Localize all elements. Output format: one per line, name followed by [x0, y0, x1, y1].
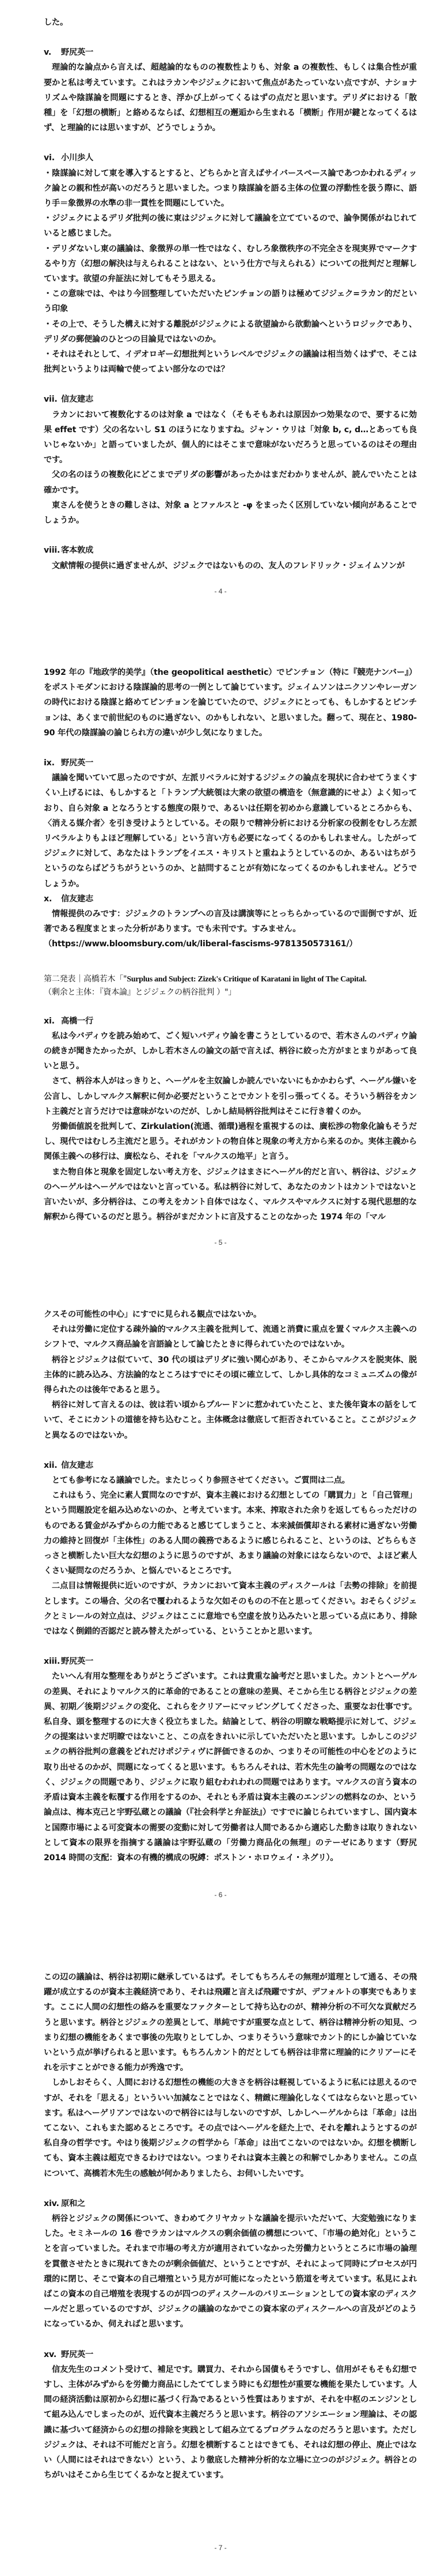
comment-xv: xv.野尻英一 信友先生のコメント受けて、補足です。購買力、それから国債もそうで…: [44, 2347, 417, 2483]
comment-paragraph: 議論を聞いていて思ったのですが、左派リベラルに対するジジェクの論点を現状に合わせ…: [44, 770, 417, 892]
comment-paragraph: さて、柄谷本人がはっきりと、ヘーゲルを主奴論しか読んでいないにもかかわらず、ヘー…: [44, 1074, 417, 1119]
commenter-name: 信友建志: [61, 1461, 93, 1470]
page-4: した。 v.野尻英一 理論的な論点から言えば、超越論的なものの複数性よりも、対象…: [0, 0, 441, 599]
comment-paragraph: 柄谷に対して言えるのは、彼は若い頃からプルードンに惹かれていたこと、また後年資本…: [44, 1397, 417, 1443]
comment-heading: xv.野尻英一: [44, 2347, 417, 2362]
comment-number: vi.: [44, 150, 61, 165]
comment-heading: x.信友建志: [44, 892, 417, 906]
comment-paragraph: 柄谷とジジェクの関係について、きわめてクリヤカットな議論を提示いただいて、大変勉…: [44, 2211, 417, 2332]
comment-number: x.: [44, 892, 61, 906]
commenter-name: 野尻英一: [61, 1657, 93, 1666]
page-5-body: 1992 年の『地政学的美学』（the geopolitical aesthet…: [44, 665, 417, 1225]
commenter-name: 原和之: [61, 2199, 85, 2208]
continuation-text: クスその可能性の中心」にすでに見られる観点ではないか。: [44, 1307, 417, 1322]
comment-heading: xiv.原和之: [44, 2196, 417, 2211]
comment-paragraph: 信友先生のコメント受けて、補足です。購買力、それから国債もそうですし、信用がそも…: [44, 2362, 417, 2483]
comment-heading: xii.信友建志: [44, 1458, 417, 1473]
session-title-japanese: （剰余と主体：『資本論』とジジェクの柄谷批判 ）"」: [44, 986, 417, 999]
page-5: 1992 年の『地政学的美学』（the geopolitical aesthet…: [0, 651, 441, 1251]
continuation-text: 1992 年の『地政学的美学』（the geopolitical aesthet…: [44, 665, 417, 741]
commenter-name: 客本敦成: [61, 546, 93, 555]
session-prefix: 第二発表｜高橋若木「": [44, 975, 127, 984]
commenter-name: 信友建志: [61, 395, 93, 404]
bullet-point: ・この意味では、やはり今回整理していただいたピンチョンの語りは極めてジジェク=ラ…: [44, 286, 417, 316]
comment-viii: viii.客本敦成 文献情報の提供に過ぎませんが、ジジェクではないものの、友人の…: [44, 543, 417, 573]
comment-paragraph: 柄谷とジジェクは似ていて、30 代の頃はデリダに強い関心があり、そこからマルクス…: [44, 1353, 417, 1398]
commenter-name: 信友建志: [61, 894, 93, 904]
page-7-body: この辺の議論は、柄谷は初期に継承しているはず。そしてもちろんその無理が道理として…: [44, 1970, 417, 2483]
comment-paragraph: 情報提供のみです：ジジェクのトランプへの言及は講演等にとっちらかっているので面倒…: [44, 906, 417, 936]
commenter-name: 野尻英一: [61, 2350, 93, 2359]
reference-url[interactable]: （https://www.bloomsbury.com/uk/liberal-f…: [44, 936, 417, 951]
comment-heading: xiii.野尻英一: [44, 1654, 417, 1669]
comment-paragraph: また物自体と現象を固定しない考え方を、ジジェクはまさにヘーゲル的だと言い、柄谷は…: [44, 1165, 417, 1225]
page-number: - 5 -: [0, 1238, 441, 1247]
comment-number: vii.: [44, 392, 61, 407]
comment-number: xii.: [44, 1458, 61, 1473]
comment-vi: vi.小川歩人 ・陰謀論に対して東を導入するとすると、どちらかと言えばサイバース…: [44, 150, 417, 377]
comment-number: v.: [44, 45, 61, 60]
comment-heading: ix.野尻英一: [44, 756, 417, 770]
comment-number: xv.: [44, 2347, 61, 2362]
commenter-name: 野尻英一: [61, 48, 93, 57]
comment-paragraph: 文献情報の提供に過ぎませんが、ジジェクではないものの、友人のフレドリック・ジェイ…: [44, 558, 417, 573]
comment-paragraph: 東さんを使うときの難しさは、対象 a とファルスと -φ をまったく区別していな…: [44, 498, 417, 528]
page-number: - 6 -: [0, 1891, 441, 1899]
comment-heading: vii.信友建志: [44, 392, 417, 407]
comment-heading: vi.小川歩人: [44, 150, 417, 165]
comment-vii: vii.信友建志 ラカンにおいて複数化するのは対象 a ではなく（そもそもあれは…: [44, 392, 417, 528]
comment-paragraph: とても参考になる議論でした。またじっくり参照させてください。ご質問は二点。: [44, 1473, 417, 1488]
page-6-body: クスその可能性の中心」にすでに見られる観点ではないか。 それは労働に定位する疎外…: [44, 1307, 417, 1865]
comment-paragraph: 労働価値説を批判して、Zirkulation(流通、循環)過程を重視するのは、廣…: [44, 1119, 417, 1165]
continuation-text: した。: [44, 15, 417, 30]
comment-number: viii.: [44, 543, 61, 558]
continuation-text: この辺の議論は、柄谷は初期に継承しているはず。そしてもちろんその無理が道理として…: [44, 1970, 417, 2075]
comment-paragraph: たいへん有用な整理をありがとうございます。これは貴重な論考だと思いました。カント…: [44, 1669, 417, 1865]
commenter-name: 小川歩人: [61, 153, 93, 163]
comment-number: xi.: [44, 1014, 61, 1029]
comment-v: v.野尻英一 理論的な論点から言えば、超越論的なものの複数性よりも、対象 a の…: [44, 45, 417, 135]
comment-paragraph: 私は今バディウを読み始めて、ごく短いバディウ論を書こうとしているので、若木さんの…: [44, 1029, 417, 1074]
bullet-point: ・ジジェクによるデリダ批判の後に東はジジェクに対して議論を立てているので、論争関…: [44, 211, 417, 241]
bullet-point: ・その上で、そうした構えに対する離脱がジジェクによる欲望論から欲動論へというロジ…: [44, 317, 417, 347]
page-4-body: した。 v.野尻英一 理論的な論点から言えば、超越論的なものの複数性よりも、対象…: [44, 15, 417, 573]
comment-paragraph: それは労働に定位する疎外論的マルクス主義を批判して、流通と消費に重点を置くマルク…: [44, 1322, 417, 1352]
comment-heading: v.野尻英一: [44, 45, 417, 60]
comment-ix: ix.野尻英一 議論を聞いていて思ったのですが、左派リベラルに対するジジェクの論…: [44, 756, 417, 892]
comment-number: xiv.: [44, 2196, 61, 2211]
comment-paragraph: 父の名のほうの複数化にどこまでデリダの影響があったかはまだわかりませんが、読んで…: [44, 467, 417, 497]
bullet-point: ・それはそれとして、イデオロギー幻想批判というレベルでジジェクの議論は相当効くは…: [44, 347, 417, 377]
comment-xi: xi.高橋一行 私は今バディウを読み始めて、ごく短いバディウ論を書こうとしている…: [44, 1014, 417, 1225]
comment-x: x.信友建志 情報提供のみです：ジジェクのトランプへの言及は講演等にとっちらかっ…: [44, 892, 417, 952]
comment-number: ix.: [44, 756, 61, 770]
bullet-point: ・デリダないし東の議論は、象徴界の単一性ではなく、むしろ象徴秩序の不完全さを現実…: [44, 241, 417, 287]
comment-heading: viii.客本敦成: [44, 543, 417, 558]
page-number: - 7 -: [0, 2544, 441, 2552]
comment-paragraph: これはもう、完全に素人質問なのですが、資本主義における幻想としての「購買力」と「…: [44, 1488, 417, 1578]
comment-paragraph: しかしおそらく、人間における幻想性の機能の大きさを柄谷は軽視しているように私には…: [44, 2075, 417, 2181]
session-title: 第二発表｜高橋若木「"Surplus and Subject: Zizek's …: [44, 973, 417, 999]
comment-xiv: xiv.原和之 柄谷とジジェクの関係について、きわめてクリヤカットな議論を提示い…: [44, 2196, 417, 2332]
comment-paragraph: ラカンにおいて複数化するのは対象 a ではなく（そもそもあれは原因かつ効果なので…: [44, 407, 417, 468]
session-heading: 第二発表｜高橋若木「"Surplus and Subject: Zizek's …: [44, 973, 417, 986]
commenter-name: 野尻英一: [61, 758, 93, 768]
comment-paragraph: 理論的な論点から言えば、超越論的なものの複数性よりも、対象 a の複数性、もしく…: [44, 60, 417, 135]
comment-paragraph: 二点目は情報提供に近いのですが、ラカンにおいて資本主義のディスクールは「去勢の排…: [44, 1578, 417, 1639]
page-number: - 4 -: [0, 587, 441, 595]
session-title-english: Surplus and Subject: Zizek's Critique of…: [127, 975, 366, 984]
page-7: この辺の議論は、柄谷は初期に継承しているはず。そしてもちろんその無理が道理として…: [0, 1963, 441, 2576]
comment-heading: xi.高橋一行: [44, 1014, 417, 1029]
comment-number: xiii.: [44, 1654, 61, 1669]
commenter-name: 高橋一行: [61, 1017, 93, 1026]
comment-xii: xii.信友建志 とても参考になる議論でした。またじっくり参照させてください。ご…: [44, 1458, 417, 1639]
page-6: クスその可能性の中心」にすでに見られる観点ではないか。 それは労働に定位する疎外…: [0, 1307, 441, 1906]
bullet-point: ・陰謀論に対して東を導入するとすると、どちらかと言えばサイバースペース論であつか…: [44, 166, 417, 211]
comment-xiii: xiii.野尻英一 たいへん有用な整理をありがとうございます。これは貴重な論考だ…: [44, 1654, 417, 1865]
